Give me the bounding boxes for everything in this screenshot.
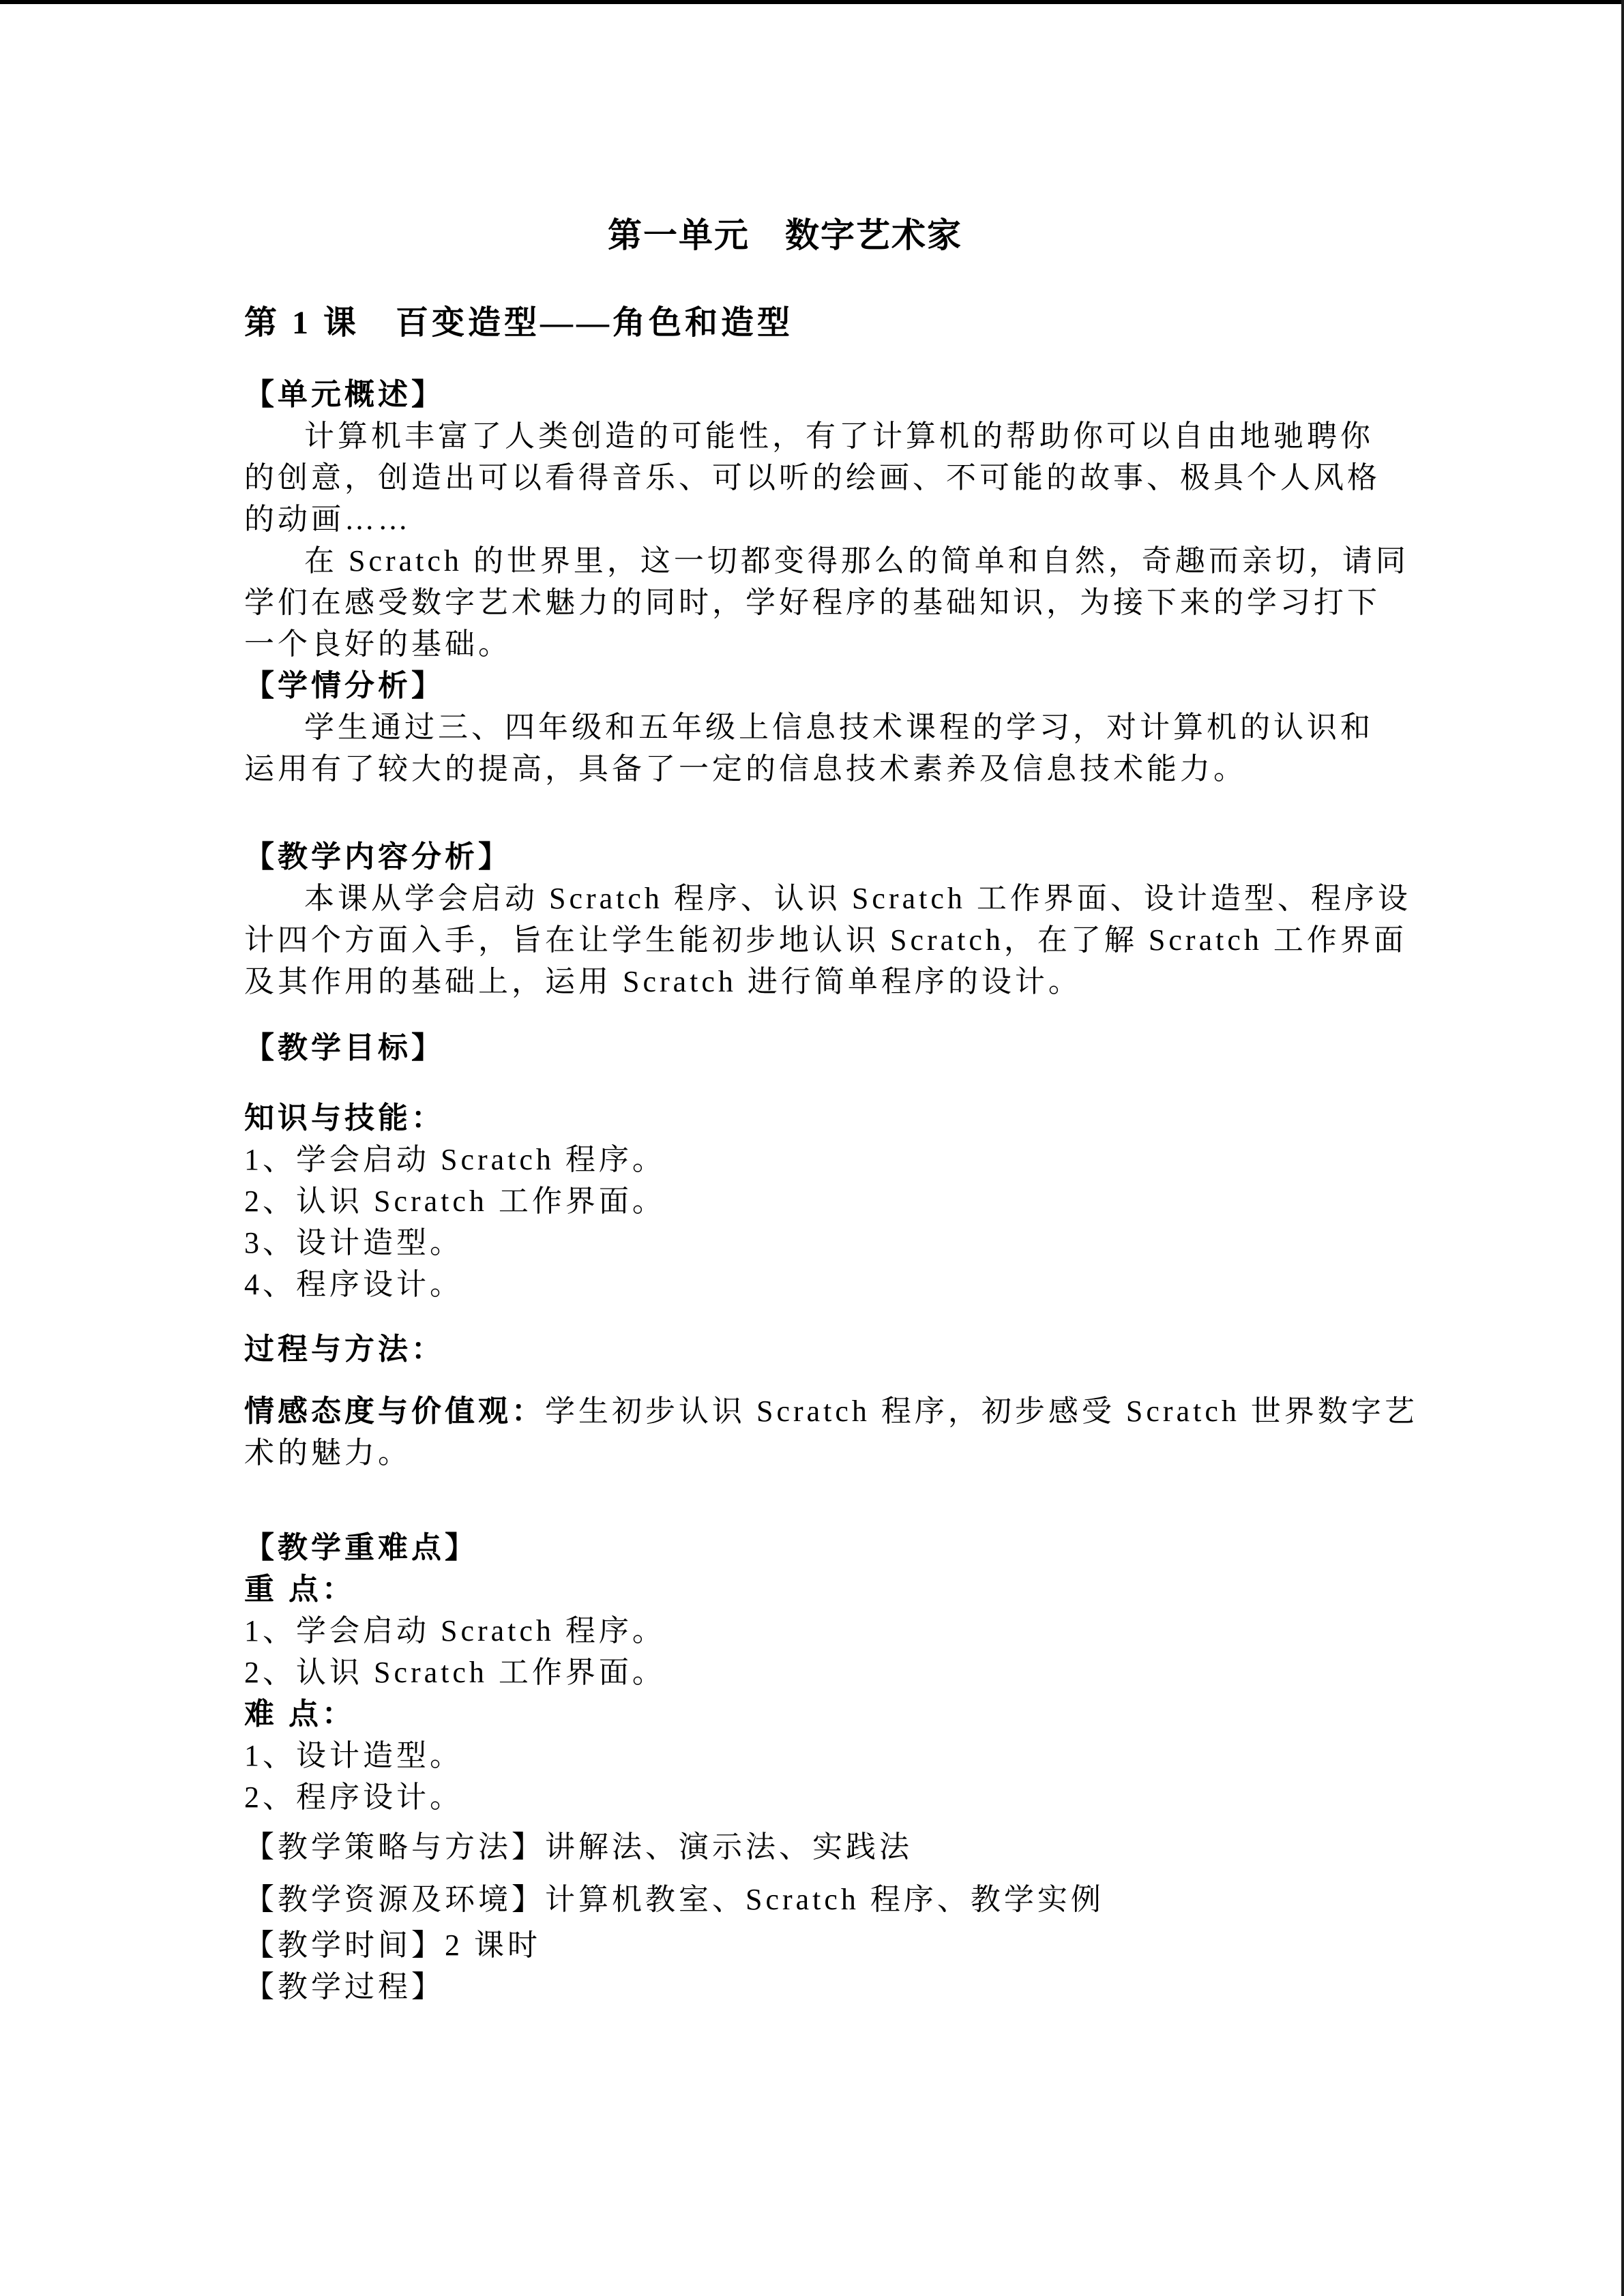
teaching-process-line: 【教学过程】 <box>244 1966 1378 2008</box>
overview-paragraph-line: 计算机丰富了人类创造的可能性，有了计算机的帮助你可以自由地驰聘你 <box>244 415 1378 457</box>
content-analysis-paragraph-line: 计四个方面入手，旨在让学生能初步地认识 Scratch，在了解 Scratch … <box>244 919 1378 961</box>
key-points-important-item: 1、学会启动 Scratch 程序。 <box>244 1610 1378 1652</box>
section-header-content-analysis: 【教学内容分析】 <box>244 836 1378 878</box>
objectives-emotion-text: 学生初步认识 Scratch 程序，初步感受 Scratch 世界数字艺 <box>545 1395 1418 1428</box>
overview-paragraph-line: 学们在感受数字艺术魅力的同时，学好程序的基础知识，为接下来的学习打下 <box>244 582 1378 623</box>
key-points-difficult-item: 1、设计造型。 <box>244 1735 1378 1776</box>
document-page: 第一单元 数字艺术家 第 1 课 百变造型——角色和造型 【单元概述】 计算机丰… <box>244 215 1378 2008</box>
key-points-important-label: 重 点： <box>244 1568 1378 1610</box>
overview-paragraph-line: 的创意，创造出可以看得音乐、可以听的绘画、不可能的故事、极具个人风格 <box>244 457 1378 498</box>
learner-analysis-paragraph-line: 运用有了较大的提高，具备了一定的信息技术素养及信息技术能力。 <box>244 748 1378 790</box>
objectives-knowledge-item: 2、认识 Scratch 工作界面。 <box>244 1180 1378 1222</box>
objectives-knowledge-label: 知识与技能： <box>244 1097 1378 1139</box>
content-analysis-paragraph-line: 及其作用的基础上，运用 Scratch 进行简单程序的设计。 <box>244 961 1378 1002</box>
page-top-edge-line <box>0 0 1624 4</box>
section-header-key-points: 【教学重难点】 <box>244 1527 1378 1568</box>
objectives-knowledge-item: 4、程序设计。 <box>244 1264 1378 1305</box>
section-header-learner-analysis: 【学情分析】 <box>244 665 1378 706</box>
unit-title: 第一单元 数字艺术家 <box>218 215 1352 255</box>
teaching-strategy-line: 【教学策略与方法】讲解法、演示法、实践法 <box>244 1826 1378 1868</box>
key-points-difficult-item: 2、程序设计。 <box>244 1776 1378 1818</box>
overview-paragraph-line: 一个良好的基础。 <box>244 623 1378 665</box>
page-right-edge-line <box>1621 0 1624 2296</box>
teaching-time-line: 【教学时间】2 课时 <box>244 1924 1378 1966</box>
key-points-difficult-label: 难 点： <box>244 1693 1378 1735</box>
section-header-overview: 【单元概述】 <box>244 374 1378 415</box>
overview-paragraph-line: 在 Scratch 的世界里，这一切都变得那么的简单和自然，奇趣而亲切，请同 <box>244 540 1378 582</box>
objectives-emotion-label: 情感态度与价值观： <box>244 1395 545 1428</box>
section-header-objectives: 【教学目标】 <box>244 1027 1378 1069</box>
objectives-emotion-line: 术的魅力。 <box>244 1432 1378 1474</box>
key-points-important-item: 2、认识 Scratch 工作界面。 <box>244 1652 1378 1693</box>
objectives-knowledge-item: 3、设计造型。 <box>244 1222 1378 1264</box>
teaching-resource-line: 【教学资源及环境】计算机教室、Scratch 程序、教学实例 <box>244 1879 1378 1920</box>
learner-analysis-paragraph-line: 学生通过三、四年级和五年级上信息技术课程的学习，对计算机的认识和 <box>244 706 1378 748</box>
objectives-process-label: 过程与方法： <box>244 1328 1378 1370</box>
overview-paragraph-line: 的动画…… <box>244 498 1378 540</box>
objectives-emotion-line: 情感态度与价值观：学生初步认识 Scratch 程序，初步感受 Scratch … <box>244 1390 1378 1432</box>
objectives-knowledge-item: 1、学会启动 Scratch 程序。 <box>244 1139 1378 1180</box>
content-analysis-paragraph-line: 本课从学会启动 Scratch 程序、认识 Scratch 工作界面、设计造型、… <box>244 878 1378 919</box>
lesson-title: 第 1 课 百变造型——角色和造型 <box>244 304 1378 342</box>
